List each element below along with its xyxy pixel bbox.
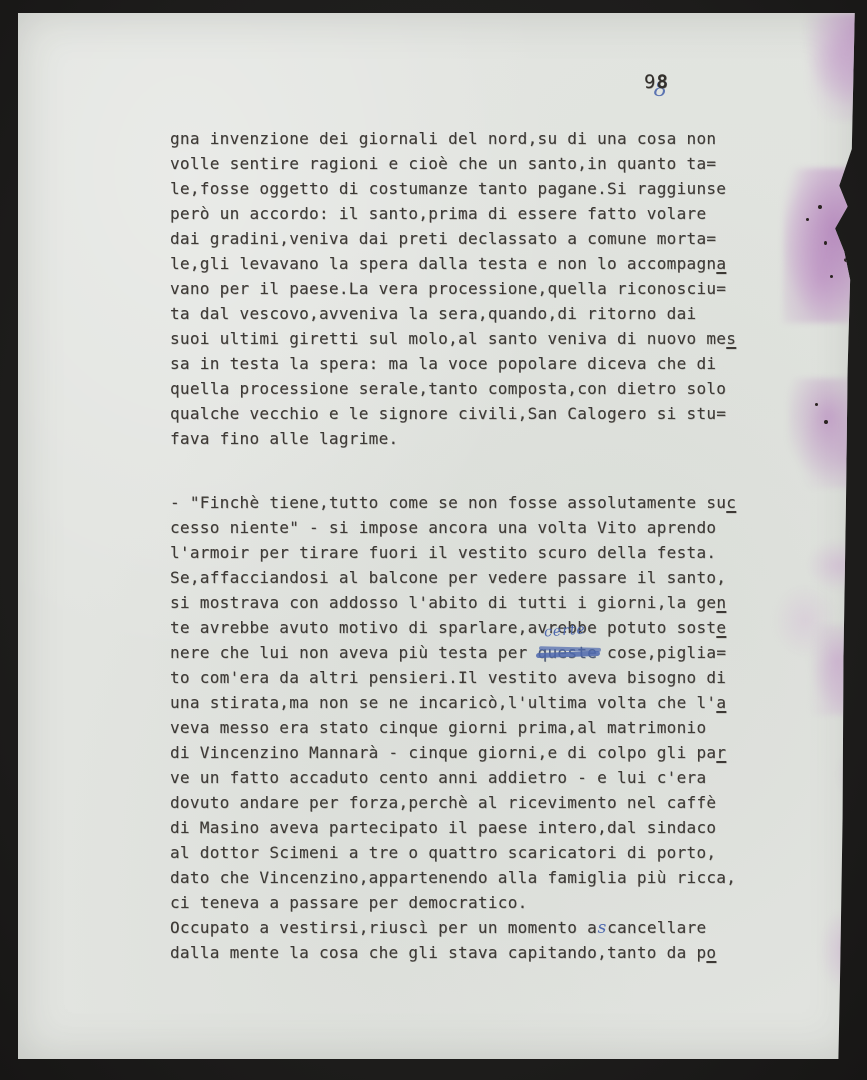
text-line: ve un fatto accaduto cento anni addietro…	[170, 765, 770, 790]
mould-stain	[773, 583, 838, 658]
typed-text: te avrebbe avuto motivo di sparlare,avre…	[170, 618, 716, 637]
mould-stain	[818, 913, 866, 995]
typed-text: nere che lui non aveva più testa per	[170, 643, 538, 662]
handwritten-correction: certe	[543, 623, 586, 640]
text-line: Occupato a vestirsi,riuscì per un moment…	[170, 915, 770, 940]
typed-text: ve un fatto accaduto cento anni addietro…	[170, 768, 706, 787]
typed-text: cancellare	[607, 918, 706, 937]
text-line: però un accordo: il santo,prima di esser…	[170, 201, 770, 226]
text-line: gna invenzione dei giornali del nord,su …	[170, 126, 770, 151]
text-line: nere che lui non aveva più testa per cer…	[170, 640, 770, 665]
underlined-continuation-letter: c	[726, 493, 736, 512]
mould-stain	[805, 538, 863, 593]
text-line: te avrebbe avuto motivo di sparlare,avre…	[170, 615, 770, 640]
text-line: cesso niente" - si impose ancora una vol…	[170, 515, 770, 540]
typed-text: dovuto andare per forza,perchè al ricevi…	[170, 793, 716, 812]
underlined-continuation-letter: o	[706, 943, 716, 962]
typed-text: - "Finchè tiene,tutto come se non fosse …	[170, 493, 726, 512]
typed-text: ta dal vescovo,avveniva la sera,quando,d…	[170, 304, 696, 323]
typed-text: le,gli levavano la spera dalla testa e n…	[170, 254, 716, 273]
text-line: - "Finchè tiene,tutto come se non fosse …	[170, 490, 770, 515]
typed-text: dalla mente la cosa che gli stava capita…	[170, 943, 706, 962]
paragraph-2: - "Finchè tiene,tutto come se non fosse …	[170, 490, 770, 965]
underlined-continuation-letter: s	[726, 329, 736, 348]
typed-text: Occupato a vestirsi,riuscì per un moment…	[170, 918, 597, 937]
typed-text: le,fosse oggetto di costumanze tanto pag…	[170, 179, 726, 198]
typed-text: al dottor Scimeni a tre o quattro scaric…	[170, 843, 716, 862]
typed-text: Se,affacciandosi al balcone per vedere p…	[170, 568, 726, 587]
ink-speck	[824, 241, 827, 245]
text-line: Se,affacciandosi al balcone per vedere p…	[170, 565, 770, 590]
text-line: una stirata,ma non se ne incaricò,l'ulti…	[170, 690, 770, 715]
text-line: sa in testa la spera: ma la voce popolar…	[170, 351, 770, 376]
text-line: quella processione serale,tanto composta…	[170, 376, 770, 401]
underlined-continuation-letter: a	[716, 254, 726, 273]
text-line: di Masino aveva partecipato il paese int…	[170, 815, 770, 840]
typed-text: si mostrava con addosso l'abito di tutti…	[170, 593, 716, 612]
typed-text: to com'era da altri pensieri.Il vestito …	[170, 668, 726, 687]
mould-stain	[795, 13, 867, 121]
text-line: ta dal vescovo,avveniva la sera,quando,d…	[170, 301, 770, 326]
text-line: si mostrava con addosso l'abito di tutti…	[170, 590, 770, 615]
ink-speck	[830, 275, 833, 278]
text-line: veva messo era stato cinque giorni prima…	[170, 715, 770, 740]
mould-stain	[836, 748, 867, 800]
typed-text: l'armoir per tirare fuori il vestito scu…	[170, 543, 716, 562]
typed-text: dato che Vincenzino,appartenendo alla fa…	[170, 868, 736, 887]
text-line: dato che Vincenzino,appartenendo alla fa…	[170, 865, 770, 890]
typed-text: però un accordo: il santo,prima di esser…	[170, 204, 706, 223]
scan-background: 988 gna invenzione dei giornali del nord…	[0, 0, 867, 1080]
text-line: dalla mente la cosa che gli stava capita…	[170, 940, 770, 965]
typed-text: cose,piglia=	[597, 643, 726, 662]
text-line: dai gradini,veniva dai preti declassato …	[170, 226, 770, 251]
text-line: l'armoir per tirare fuori il vestito scu…	[170, 540, 770, 565]
typed-text: ci teneva a passare per democratico.	[170, 893, 528, 912]
text-block: gna invenzione dei giornali del nord,su …	[170, 126, 770, 965]
ink-speck	[824, 420, 828, 424]
mould-stain	[788, 378, 867, 488]
page-number-black-overtype: 8	[656, 71, 668, 93]
underlined-continuation-letter: e	[716, 618, 726, 637]
handwritten-insertion: s	[597, 916, 607, 941]
text-line: dovuto andare per forza,perchè al ricevi…	[170, 790, 770, 815]
underlined-continuation-letter: n	[716, 593, 726, 612]
ink-speck	[844, 258, 849, 262]
struck-word: certequeste	[538, 640, 598, 665]
text-line: le,fosse oggetto di costumanze tanto pag…	[170, 176, 770, 201]
mould-stain	[806, 625, 864, 715]
typed-text: di Vincenzino Mannarà - cinque giorni,e …	[170, 743, 716, 762]
text-line: di Vincenzino Mannarà - cinque giorni,e …	[170, 740, 770, 765]
text-line: qualche vecchio e le signore civili,San …	[170, 401, 770, 426]
text-line: al dottor Scimeni a tre o quattro scaric…	[170, 840, 770, 865]
typed-text: di Masino aveva partecipato il paese int…	[170, 818, 716, 837]
typed-text: vano per il paese.La vera processione,qu…	[170, 279, 726, 298]
text-line: volle sentire ragioni e cioè che un sant…	[170, 151, 770, 176]
text-line: to com'era da altri pensieri.Il vestito …	[170, 665, 770, 690]
typed-text: cesso niente" - si impose ancora una vol…	[170, 518, 716, 537]
underlined-continuation-letter: r	[716, 743, 726, 762]
typed-text: sa in testa la spera: ma la voce popolar…	[170, 354, 716, 373]
typed-text: fava fino alle lagrime.	[170, 429, 398, 448]
paragraph-1: gna invenzione dei giornali del nord,su …	[170, 126, 770, 451]
page-number: 988	[644, 71, 669, 93]
ink-speck	[815, 403, 818, 406]
text-line: le,gli levavano la spera dalla testa e n…	[170, 251, 770, 276]
typed-text: suoi ultimi giretti sul molo,al santo ve…	[170, 329, 726, 348]
typed-text: qualche vecchio e le signore civili,San …	[170, 404, 726, 423]
typed-text: dai gradini,veniva dai preti declassato …	[170, 229, 716, 248]
ink-speck	[818, 205, 822, 209]
text-line: fava fino alle lagrime.	[170, 426, 770, 451]
typed-text: gna invenzione dei giornali del nord,su …	[170, 129, 716, 148]
typed-text: volle sentire ragioni e cioè che un sant…	[170, 154, 716, 173]
ink-speck	[806, 218, 809, 221]
typed-text: una stirata,ma non se ne incaricò,l'ulti…	[170, 693, 716, 712]
mould-stain	[783, 168, 867, 323]
manuscript-page: 988 gna invenzione dei giornali del nord…	[18, 13, 856, 1059]
text-line: vano per il paese.La vera processione,qu…	[170, 276, 770, 301]
typed-text: veva messo era stato cinque giorni prima…	[170, 718, 706, 737]
text-line: ci teneva a passare per democratico.	[170, 890, 770, 915]
typed-text: quella processione serale,tanto composta…	[170, 379, 726, 398]
text-line: suoi ultimi giretti sul molo,al santo ve…	[170, 326, 770, 351]
underlined-continuation-letter: a	[716, 693, 726, 712]
